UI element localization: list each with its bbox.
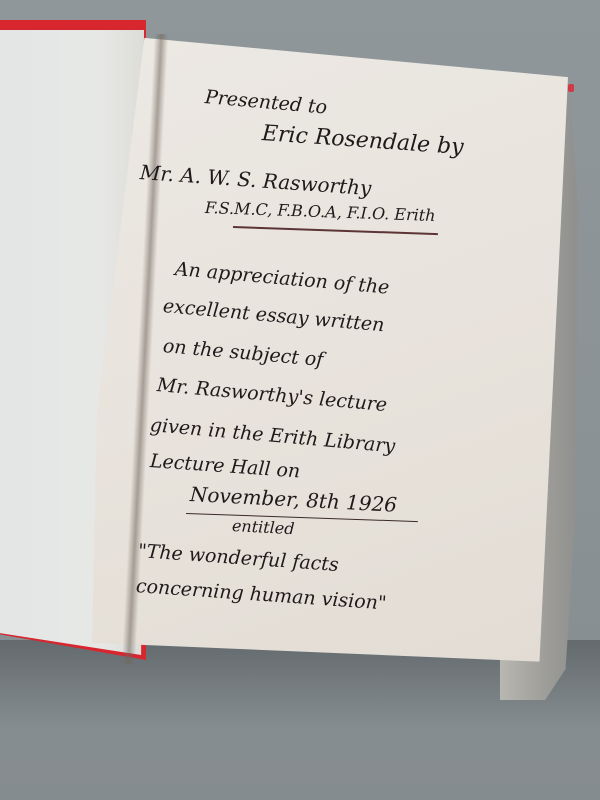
red-cover-corner (568, 84, 574, 92)
inscription-line-entitled: entitled (232, 516, 295, 538)
photo-scene: Presented to Eric Rosendale by Mr. A. W.… (0, 0, 600, 800)
